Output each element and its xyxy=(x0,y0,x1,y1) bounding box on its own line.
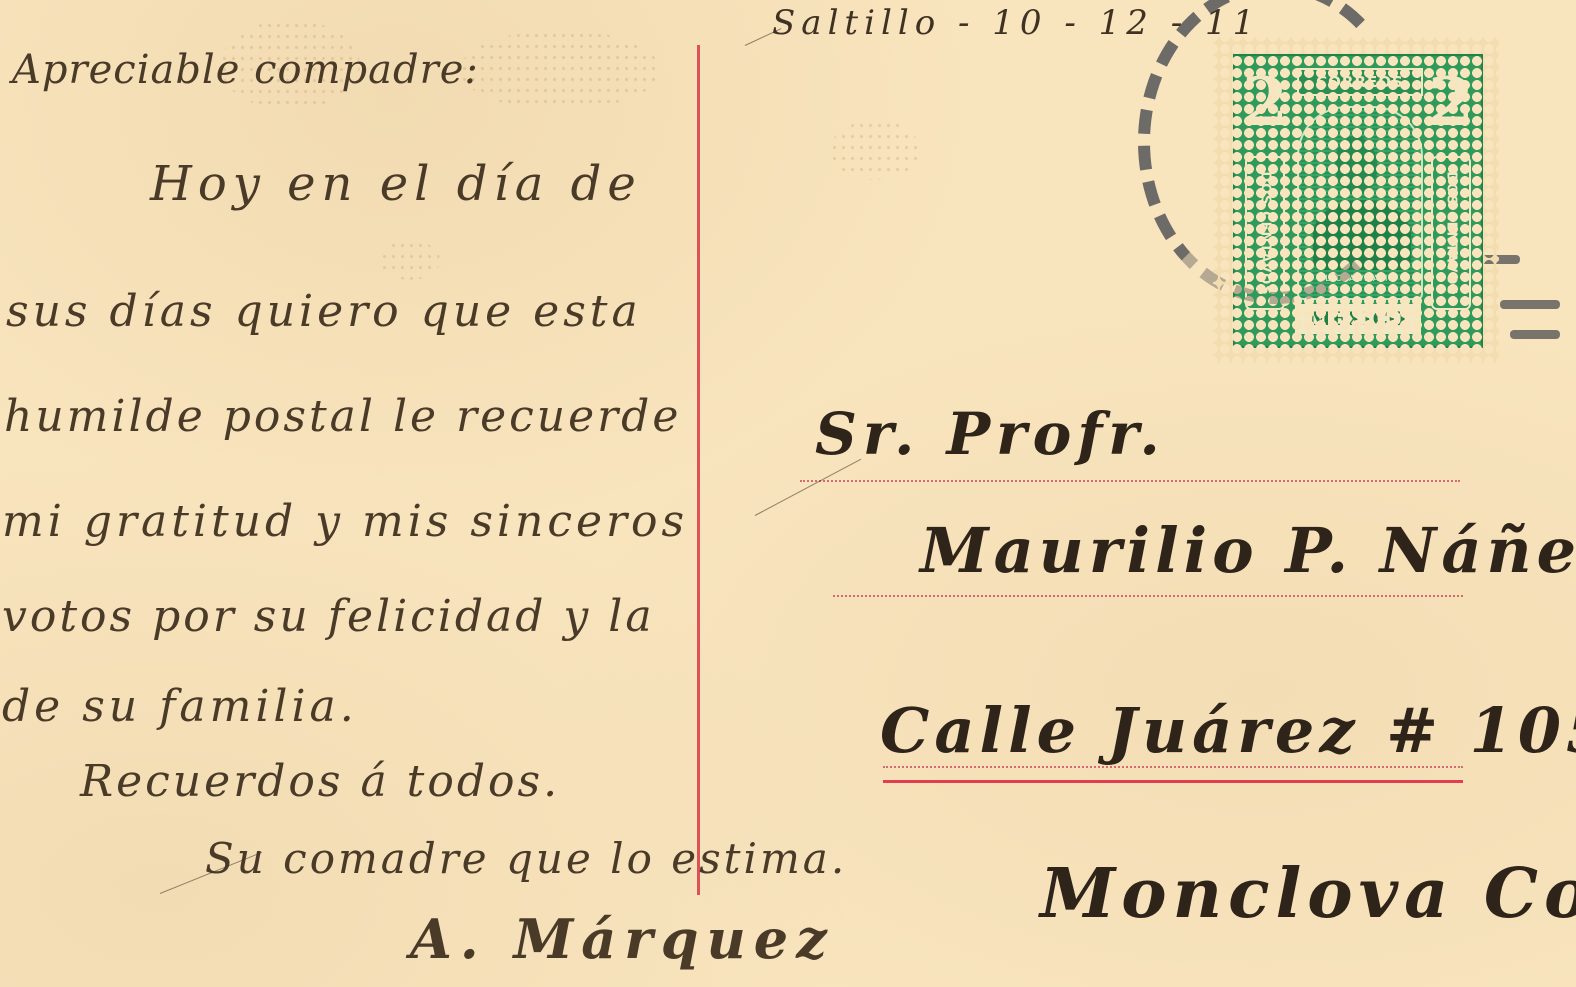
message-line: mi gratitud y mis sinceros xyxy=(2,500,688,544)
foxing-stain xyxy=(380,240,440,280)
portrait-head xyxy=(1335,136,1377,194)
stamp-denomination-right: 2 xyxy=(1427,62,1475,142)
address-line-city: Monclova Coah. xyxy=(1040,860,1576,928)
cancel-bar xyxy=(1500,300,1560,309)
signature: A. Márquez xyxy=(410,912,835,966)
address-line-street: Calle Juárez # 105 xyxy=(880,700,1576,762)
message-line: humilde postal le recuerde xyxy=(4,395,681,439)
portrait-bust xyxy=(1313,200,1411,270)
address-underline xyxy=(883,780,1463,783)
stamp-portrait: LEONA VICARIO xyxy=(1297,106,1423,300)
stamp-side-left: DOS CENTAVOS xyxy=(1245,156,1285,310)
address-line-title: Sr. Profr. xyxy=(815,405,1166,463)
address-guide-line xyxy=(833,595,1463,597)
foxing-stain xyxy=(460,30,660,110)
stamp-design: 2 2 CORREOS LEONA VICARIO DOS CENTAVOS D… xyxy=(1233,54,1483,348)
pen-flourish xyxy=(755,459,861,516)
stamp-side-right: DOS CENTAVOS xyxy=(1431,156,1471,310)
stamp-country: MEXICO xyxy=(1295,304,1421,334)
address-guide-line xyxy=(800,480,1460,482)
stamp-header: CORREOS xyxy=(1297,68,1423,96)
message-line: sus días quiero que esta xyxy=(6,290,642,334)
foxing-stain xyxy=(830,120,920,180)
portrait-caption: LEONA VICARIO xyxy=(1299,274,1421,283)
cancel-bar xyxy=(1510,330,1560,339)
message-line: Recuerdos á todos. xyxy=(80,760,560,804)
stamp-side-text: DOS CENTAVOS xyxy=(1258,171,1273,295)
stamp-side-text: DOS CENTAVOS xyxy=(1444,171,1459,295)
address-line-name: Maurilio P. Náñez xyxy=(920,520,1576,582)
postcard-back: Saltillo - 10 - 12 - 11 2 2 CORREOS LEON… xyxy=(0,0,1576,987)
stamp-denomination-left: 2 xyxy=(1241,62,1289,142)
postage-stamp: 2 2 CORREOS LEONA VICARIO DOS CENTAVOS D… xyxy=(1213,37,1499,363)
salutation: Apreciable compadre: xyxy=(12,50,479,90)
message-line: Hoy en el día de xyxy=(150,160,642,208)
message-line: votos por su felicidad y la xyxy=(2,595,655,639)
closing: Su comadre que lo estima. xyxy=(205,838,847,880)
message-line: de su familia. xyxy=(2,685,358,729)
center-divider xyxy=(697,45,700,895)
